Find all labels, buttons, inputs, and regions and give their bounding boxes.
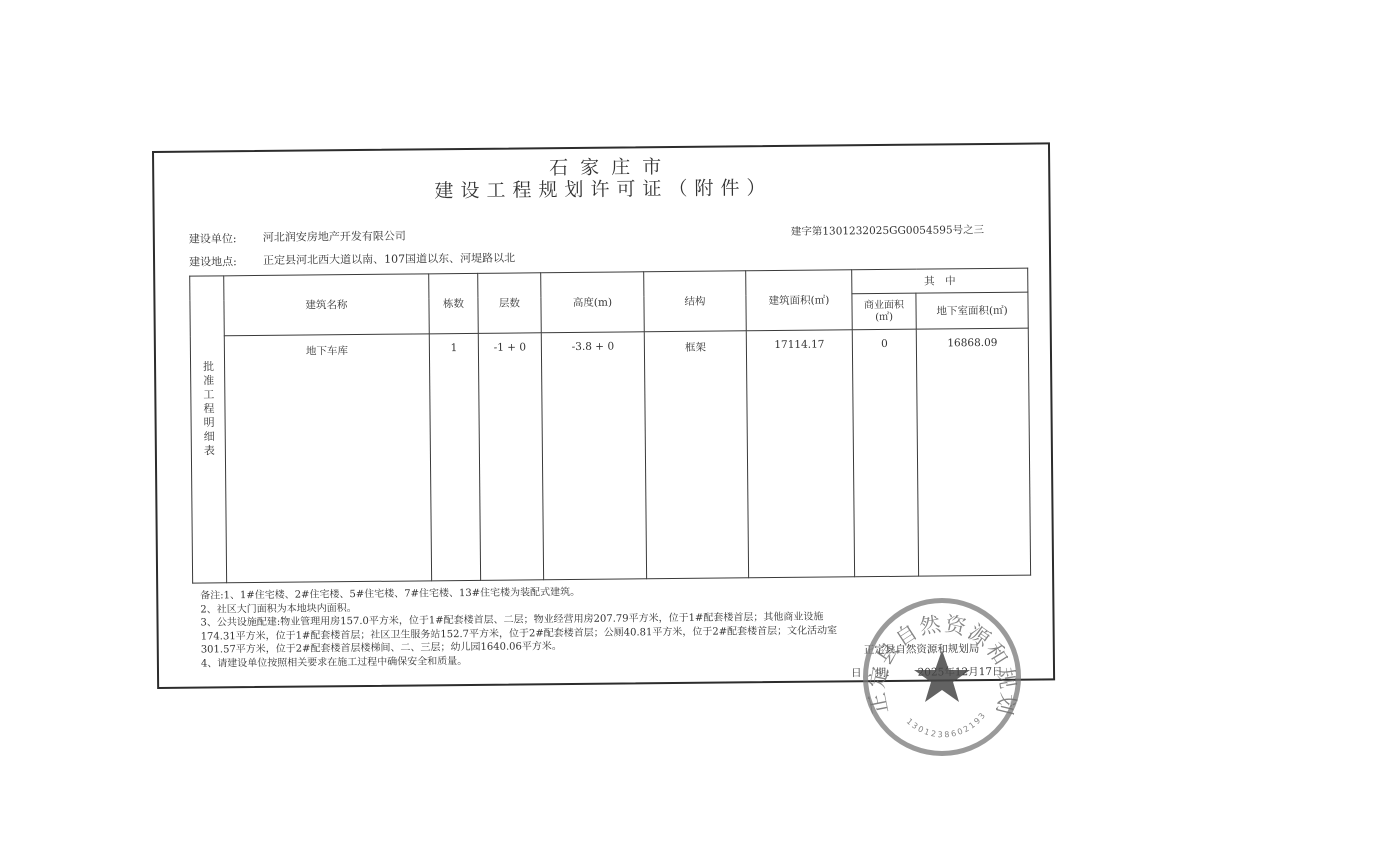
issue-date: 2025年12月17日 [918, 666, 1003, 679]
header-commercial-line2: (㎡) [853, 311, 916, 324]
header-area: 建筑面积(㎡) [746, 270, 853, 331]
header-floors: 层数 [478, 273, 542, 334]
builder-label: 建设单位: [189, 230, 237, 246]
header-commercial-area: 商业面积 (㎡) [852, 293, 916, 330]
date-label-period: 期: [875, 667, 889, 679]
permit-number: 建字第1301232025GG0054595号之三 [791, 222, 984, 239]
seal-code: 1301238602193 [905, 710, 988, 740]
header-building-name: 建筑名称 [224, 274, 430, 336]
cell-basement-area: 16868.09 [916, 328, 1030, 576]
cell-structure: 框架 [644, 331, 748, 579]
header-height: 高度(m) [541, 272, 645, 333]
location-label: 建设地点: [189, 253, 237, 269]
document-title: 建设工程规划许可证（附件） [434, 173, 772, 203]
header-commercial-line1: 商业面积 [852, 299, 915, 312]
location-value: 正定县河北西大道以南、107国道以东、河堤路以北 [263, 250, 515, 268]
builder-value: 河北润安房地产开发有限公司 [263, 228, 406, 245]
cell-height: -3.8 + 0 [541, 332, 646, 580]
svg-text:1301238602193: 1301238602193 [905, 710, 988, 740]
approved-works-table: 批准工程明细表 建筑名称 栋数 层数 高度(m) 结构 建筑面积(㎡) 其 中 … [189, 268, 1031, 584]
issuing-authority: 正定县自然资源和规划局 [864, 641, 980, 657]
header-basement-area: 地下室面积(㎡) [916, 292, 1028, 329]
cell-count: 1 [429, 333, 480, 580]
issue-date-row: 日期:2025年12月17日 [851, 664, 1003, 680]
header-structure: 结构 [644, 271, 747, 332]
remarks: 备注:1、1#住宅楼、2#住宅楼、5#住宅楼、7#住宅楼、13#住宅楼为装配式建… [200, 583, 837, 671]
cell-floors: -1 + 0 [478, 333, 543, 581]
date-label-day: 日 [851, 667, 862, 679]
cell-commercial-area: 0 [852, 329, 918, 577]
permit-attachment-sheet: 石家庄市 建设工程规划许可证（附件） 建设单位: 河北润安房地产开发有限公司 建… [152, 142, 1055, 689]
header-of-which: 其 中 [852, 268, 1028, 294]
cell-building-name: 地下车库 [224, 334, 431, 583]
table-row: 地下车库 1 -1 + 0 -3.8 + 0 框架 17114.17 0 168… [190, 328, 1030, 583]
table-side-label: 批准工程明细表 [190, 276, 227, 583]
cell-area: 17114.17 [746, 330, 854, 578]
header-count: 栋数 [429, 273, 479, 333]
